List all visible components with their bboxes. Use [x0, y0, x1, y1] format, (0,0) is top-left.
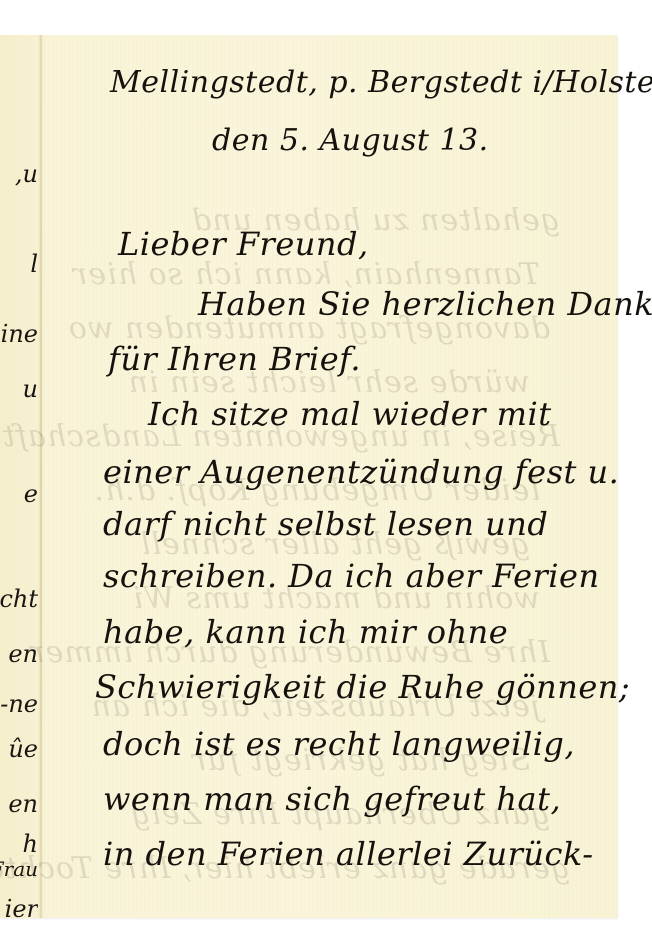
- letter-body-line: einer Augenentzündung fest u.: [103, 453, 619, 491]
- left-page-fragment: ier: [0, 895, 38, 923]
- letter-body-line: Ich sitze mal wieder mit: [148, 395, 552, 433]
- left-page-fragment: l: [0, 250, 38, 278]
- page-fold-crease: [40, 35, 42, 918]
- left-page-fragment: e: [0, 480, 38, 508]
- letter-body-line: doch ist es recht langweilig,: [103, 725, 575, 763]
- letter-body-line: Haben Sie herzlichen Dank: [198, 285, 652, 323]
- left-page-fragment: ûe: [0, 735, 38, 763]
- left-page-fragment: h: [0, 830, 38, 858]
- letter-salutation: Lieber Freund,: [118, 225, 369, 263]
- letter-body-line: habe, kann ich mir ohne: [103, 613, 508, 651]
- left-page-fragment: ine: [0, 320, 38, 348]
- letter-date-line: den 5. August 13.: [212, 123, 489, 158]
- left-page-fragment: ne-: [0, 690, 38, 718]
- letter-body-line: wenn man sich gefreut hat,: [103, 780, 561, 818]
- letter-body-line: darf nicht selbst lesen und: [103, 505, 548, 543]
- letter-body-line: für Ihren Brief.: [108, 340, 361, 378]
- letter-sheet: gehalten zu haben und Tannenhain, kann i…: [0, 35, 617, 918]
- left-page-fragment: Frau: [0, 857, 38, 881]
- letter-place-line: Mellingstedt, p. Bergstedt i/Holstein,: [110, 65, 652, 100]
- left-page-fragment: en: [0, 790, 38, 818]
- letter-body-line: Schwierigkeit die Ruhe gönnen;: [95, 668, 630, 706]
- left-page-fragment: en: [0, 640, 38, 668]
- left-page-fragment: u,: [0, 160, 38, 188]
- left-page-fragment: nicht: [0, 585, 38, 613]
- letter-body-line: in den Ferien allerlei Zurück-: [103, 835, 594, 873]
- letter-body-line: schreiben. Da ich aber Ferien: [103, 557, 600, 595]
- left-page-fragment: u: [0, 375, 38, 403]
